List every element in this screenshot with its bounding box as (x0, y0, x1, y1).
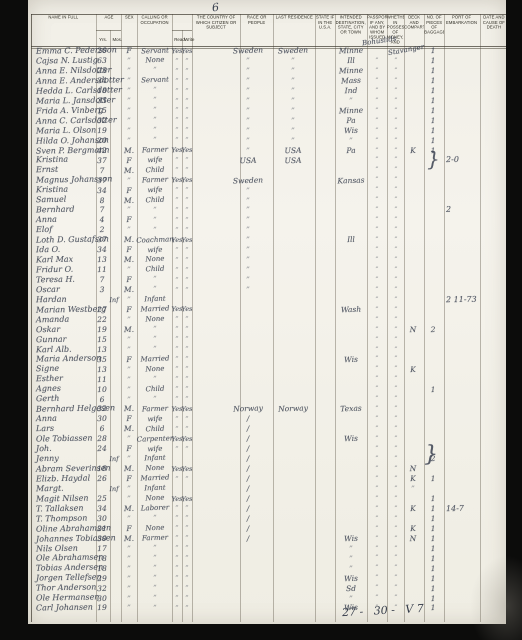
column-header-label: DATE AND CAUSE OF DEATH (480, 15, 507, 30)
cell-ditto_mark: ” (394, 128, 397, 134)
column-header-occ: CALLING OR OCCUPATION (137, 15, 172, 46)
cell-ditto_mark: ” (375, 177, 378, 183)
cell-ditto_mark: ” (375, 416, 378, 422)
cell-write: ” (185, 585, 189, 592)
cell-occ: Farmer (142, 535, 168, 543)
cell-ditto_mark: ” (394, 516, 397, 522)
cell-name: T. Thompson (36, 514, 87, 523)
cell-name: Ida O. (36, 246, 60, 254)
cell-name: Karl Alb. (36, 345, 72, 354)
cell-read: ” (175, 157, 179, 164)
cell-yrs: 19 (97, 127, 107, 135)
cell-ditto_mark: ” (394, 456, 397, 462)
grid-line (31, 14, 32, 622)
cell-yrs: 19 (97, 604, 107, 612)
cell-read: ” (175, 78, 179, 85)
cell-ditto_mark: ” (375, 356, 378, 362)
cell-write: ” (185, 346, 189, 353)
cell-write: ” (185, 525, 189, 532)
cell-country: / (247, 485, 250, 493)
cell-write: Yes (181, 237, 192, 244)
cell-write: Yes (181, 177, 192, 184)
cell-name: Fridur O. (36, 266, 73, 275)
cell-ditto_mark: ” (394, 585, 397, 591)
cell-ditto_mark: ” (394, 426, 397, 432)
cell-sex: ” (127, 515, 131, 523)
cell-country: ” (246, 97, 250, 105)
cell-ditto_mark: ” (394, 68, 397, 74)
cell-sex: ” (127, 485, 131, 493)
cell-yrs: 21 (97, 525, 107, 533)
cell-ditto_mark: ” (394, 526, 397, 532)
column-header-label: AGE (96, 15, 121, 20)
cell-name: Carl Johansen (36, 604, 93, 613)
cell-read: ” (175, 247, 179, 254)
cell-letter: K (410, 525, 416, 533)
cell-sex: ” (127, 296, 131, 304)
cell-read: ” (175, 227, 179, 234)
cell-write: ” (185, 366, 189, 373)
cell-country: ” (246, 77, 250, 85)
cell-occ: Servant (141, 77, 169, 85)
cell-sex: ” (127, 316, 131, 324)
cell-ditto_mark: ” (394, 317, 397, 323)
cell-pieces: 1 (430, 137, 435, 145)
cell-ditto_mark: ” (394, 297, 397, 303)
cell-text: } (424, 444, 438, 466)
cell-read: ” (175, 117, 179, 124)
cell-write: ” (185, 316, 189, 323)
scanned-manifest-page: 6 NAME IN FULLAGEYrs.Mos.SEXCALLING OR O… (0, 0, 522, 640)
cell-ditto_mark: ” (375, 257, 378, 263)
cell-ditto_mark: ” (375, 277, 378, 283)
cell-port: 14-7 (446, 505, 464, 513)
cell-write: Yes (181, 306, 192, 313)
cell-ditto_mark: ” (394, 118, 397, 124)
cell-occ: Married (140, 306, 169, 314)
cell-read: ” (175, 187, 179, 194)
cell-read: ” (175, 575, 179, 582)
column-header-label: INTENDED DESTINATION, STATE, CITY OR TOW… (335, 15, 367, 35)
cell-ditto_mark: ” (394, 167, 397, 173)
column-header-country: THE COUNTRY OF WHICH CITIZEN OR SUBJECT (192, 15, 240, 46)
grid-line (424, 14, 425, 622)
cell-sex: ” (127, 57, 131, 65)
cell-read: ” (175, 127, 179, 134)
cell-yrs: 32 (97, 117, 107, 125)
cell-yrs: 42 (97, 147, 107, 155)
cell-country: ” (246, 87, 250, 95)
cell-yrs: 15 (97, 336, 107, 344)
cell-occ: wife (147, 445, 162, 453)
cell-write: ” (185, 286, 189, 293)
cell-yrs: 34 (97, 77, 107, 85)
grid-line (121, 14, 122, 622)
cell-name: Elof (36, 226, 52, 234)
cell-country: ” (246, 67, 250, 75)
cell-sex: ” (127, 545, 131, 553)
cell-occ: ” (153, 326, 157, 333)
cell-write: ” (185, 97, 189, 104)
cell-ditto_mark: ” (375, 386, 378, 392)
cell-sex: M. (124, 465, 134, 473)
cell-sex: F (126, 157, 131, 165)
cell-ditto_mark: ” (394, 257, 397, 263)
cell-res: ” (291, 117, 295, 125)
cell-read: ” (175, 346, 179, 353)
cell-country: ” (246, 236, 250, 244)
cell-occ: Child (145, 266, 164, 274)
cell-occ: Child (145, 385, 164, 393)
cell-ditto_mark: ” (375, 317, 378, 323)
cell-read: ” (175, 167, 179, 174)
cell-ditto_mark: ” (375, 565, 378, 571)
cell-res: Norway (278, 405, 308, 414)
cell-yrs: 24 (97, 445, 107, 453)
scan-margin-left (0, 0, 28, 640)
cell-name: Jenny (36, 455, 59, 463)
cell-read: ” (175, 257, 179, 264)
cell-write: ” (185, 277, 189, 284)
cell-ditto_mark: ” (394, 535, 397, 541)
cell-write: ” (185, 416, 189, 423)
cell-country: Sweden (233, 47, 263, 56)
cell-dest: Wis (344, 535, 358, 543)
cell-pieces: 1 (430, 117, 435, 125)
cell-yrs: 11 (97, 266, 107, 274)
cell-res: ” (291, 107, 295, 115)
cell-occ: ” (153, 127, 157, 134)
scan-smudge (470, 555, 522, 640)
cell-occ: ” (153, 97, 157, 104)
cell-yrs: 11 (97, 375, 107, 383)
cell-ditto_mark: ” (375, 307, 378, 313)
cell-name: Karl Max (36, 256, 73, 265)
cell-res: ” (291, 87, 295, 95)
cell-sex: F (126, 216, 131, 224)
cell-yrs: 29 (97, 574, 107, 582)
cell-ditto_mark: ” (394, 267, 397, 273)
cell-occ: None (145, 495, 164, 503)
cell-write: Yes (181, 495, 192, 502)
cell-read: ” (175, 386, 179, 393)
cell-read: ” (175, 446, 179, 453)
cell-dest: Minne (339, 67, 363, 75)
cell-yrs: 19 (97, 326, 107, 334)
cell-sex: M. (124, 286, 134, 294)
cell-pieces: 1 (430, 604, 435, 612)
cell-read: ” (175, 376, 179, 383)
cell-read: ” (175, 535, 179, 542)
cell-ditto_mark: ” (394, 346, 397, 352)
cell-read: ” (175, 97, 179, 104)
cell-country: ” (246, 57, 250, 65)
cell-yrs: 27 (97, 306, 107, 314)
cell-write: ” (185, 326, 189, 333)
cell-port: 2 (446, 206, 451, 214)
cell-ditto_mark: ” (375, 526, 378, 532)
cell-write: ” (185, 127, 189, 134)
cell-write: ” (185, 207, 189, 214)
cell-ditto_mark: ” (375, 197, 378, 203)
cell-write: ” (185, 535, 189, 542)
cell-name: Hardan (36, 295, 67, 304)
cell-yrs: 18 (97, 564, 107, 572)
cell-name: Esther (36, 375, 63, 383)
cell-ditto_mark: ” (394, 446, 397, 452)
cell-dest: Wash (341, 306, 361, 314)
cell-country: Norway (233, 405, 263, 414)
cell-country: ” (246, 147, 250, 155)
cell-ditto_mark: ” (394, 336, 397, 342)
cell-name: Cajsa N. Lustig (36, 56, 98, 65)
grid-line (444, 14, 445, 622)
cell-sex: ” (127, 455, 131, 463)
cell-ditto_mark: ” (394, 277, 397, 283)
cell-read: ” (175, 277, 179, 284)
cell-country: / (247, 515, 250, 523)
cell-write: Yes (181, 436, 192, 443)
cell-name: Marian Westberg (36, 305, 106, 314)
column-header-label: NO. OF PIECES OF BAGGAGE (424, 15, 444, 35)
cell-write: ” (185, 68, 189, 75)
cell-occ: Child (145, 167, 164, 175)
cell-country: ” (246, 256, 250, 264)
cell-name: Gunnar (36, 335, 67, 344)
cell-pieces: 1 (430, 57, 435, 65)
cell-read: ” (175, 476, 179, 483)
cell-country: Sweden (233, 176, 263, 185)
cell-name: Bernhard (36, 206, 75, 215)
cell-yrs: 37 (97, 157, 107, 165)
cell-sex: M. (124, 147, 134, 155)
cell-occ: ” (153, 545, 157, 552)
cell-yrs: 18 (97, 555, 107, 563)
cell-yrs: 30 (97, 535, 107, 543)
cell-name: Oskar (36, 325, 60, 333)
cell-occ: Farmer (142, 147, 168, 155)
cell-write: ” (185, 187, 189, 194)
cell-yrs: 18 (97, 465, 107, 473)
cell-yrs: 30 (97, 594, 107, 602)
cell-sex: M. (124, 256, 134, 264)
cell-pieces: 1 (430, 495, 435, 503)
cell-name: Amanda (36, 315, 69, 324)
cell-name: Frida A. Vinberg (36, 106, 104, 115)
cell-sex: F (126, 276, 131, 284)
column-header-label: DECK AND COMPARTMENT (404, 15, 424, 30)
cell-country: / (247, 415, 250, 423)
cell-ditto_mark: ” (394, 227, 397, 233)
cell-country: ” (246, 127, 250, 135)
cell-sex: ” (127, 226, 131, 234)
cell-name: Jorgen Tellefsen (36, 574, 102, 583)
cell-occ: wife (147, 415, 162, 423)
cell-occ: Married (140, 355, 169, 363)
cell-country: / (247, 455, 250, 463)
cell-pieces: 1 (430, 97, 435, 105)
cell-ditto_mark: ” (394, 137, 397, 143)
cell-country: / (247, 435, 250, 443)
cell-letter: K (410, 475, 416, 483)
cell-pieces: 1 (430, 575, 435, 583)
cell-read: ” (175, 107, 179, 114)
cell-read: ” (175, 565, 179, 572)
cell-occ: ” (153, 336, 157, 343)
cell-yrs: 35 (97, 356, 107, 364)
cell-sex: ” (127, 604, 131, 612)
cell-occ: Farmer (142, 405, 168, 413)
cell-name: T. Tallaksen (36, 504, 84, 513)
cell-name: Gerth (36, 395, 59, 403)
cell-write: ” (185, 426, 189, 433)
cell-write: ” (185, 78, 189, 85)
cell-sex: ” (127, 594, 131, 602)
cell-ditto_mark: ” (394, 327, 397, 333)
cell-read: ” (175, 326, 179, 333)
cell-read: ” (175, 316, 179, 323)
cell-dest: Ill (347, 236, 355, 244)
cell-occ: Married (140, 475, 169, 483)
cell-sex: ” (127, 177, 131, 185)
cell-yrs: 30 (97, 515, 107, 523)
cell-ditto_mark: ” (394, 396, 397, 402)
cell-read: ” (175, 396, 179, 403)
cell-name: Kristina (36, 156, 68, 165)
cell-name: Nils Olsen (36, 544, 78, 553)
cell-letter: N (410, 535, 417, 543)
cell-yrs: 28 (97, 435, 107, 443)
cell-ditto_mark: ” (375, 476, 378, 482)
cell-ditto_mark: ” (375, 555, 378, 561)
cell-ditto_mark: ” (375, 68, 378, 74)
cell-occ: ” (153, 376, 157, 383)
cell-occ: Infant (144, 296, 166, 304)
cell-ditto_mark: ” (375, 147, 378, 153)
cell-ditto_mark: ” (375, 167, 378, 173)
cell-res: ” (291, 137, 295, 145)
cell-occ: None (145, 465, 164, 473)
cell-occ: Child (145, 425, 164, 433)
cell-dest: Wis (344, 127, 358, 135)
cell-sex: ” (127, 77, 131, 85)
cell-yrs: 7 (99, 276, 104, 284)
cell-name: Oscar (36, 286, 60, 294)
cell-name: Anna (36, 216, 57, 224)
cell-country: ” (246, 246, 250, 254)
cell-pieces: 1 (430, 555, 435, 563)
cell-name: Lars (36, 425, 54, 433)
cell-sex: ” (127, 435, 131, 443)
grid-line (480, 14, 481, 622)
cell-letter: K (410, 147, 416, 155)
cell-write: Yes (181, 465, 192, 472)
cell-ditto_mark: ” (375, 456, 378, 462)
cell-res: USA (284, 156, 301, 164)
cell-dest: Sd (346, 584, 356, 592)
cell-country: ” (246, 107, 250, 115)
cell-dest: Texas (340, 405, 362, 413)
cell-sex: ” (127, 584, 131, 592)
cell-ditto_mark: ” (394, 565, 397, 571)
grid-line (404, 14, 405, 622)
cell-read: ” (175, 545, 179, 552)
cell-occ: None (145, 525, 164, 533)
cell-ditto_mark: ” (394, 147, 397, 153)
cell-ditto_mark: ” (375, 297, 378, 303)
cell-sex: M. (124, 405, 134, 413)
cell-yrs: 34 (97, 246, 107, 254)
cell-ditto_mark: ” (375, 207, 378, 213)
grid-line (182, 30, 183, 622)
cell-write: ” (185, 575, 189, 582)
column-header-name: NAME IN FULL (31, 15, 96, 46)
cell-ditto_mark: ” (375, 327, 378, 333)
cell-ditto_mark: ” (394, 197, 397, 203)
cell-ditto_mark: ” (394, 366, 397, 372)
cell-ditto_mark: ” (375, 436, 378, 442)
cell-port: 2-0 (446, 156, 459, 164)
column-header-label: THE COUNTRY OF WHICH CITIZEN OR SUBJECT (192, 15, 240, 30)
cell-yrs: 63 (97, 57, 107, 65)
cell-name: Maria L. Olson (36, 126, 96, 135)
cell-ditto_mark: ” (375, 58, 378, 64)
cell-country: USA (239, 156, 256, 164)
cell-yrs: 3 (99, 286, 104, 294)
cell-pieces: 1 (430, 77, 435, 85)
cell-read: ” (175, 207, 179, 214)
column-subheader-label: Write (184, 37, 190, 42)
grid-line (240, 14, 241, 622)
cell-ditto_mark: ” (394, 436, 397, 442)
cell-write: ” (185, 396, 189, 403)
cell-write: Yes (181, 406, 192, 413)
cell-name: Ole Tobiassen (36, 435, 93, 444)
cell-ditto_mark: ” (394, 595, 397, 601)
cell-country: / (247, 425, 250, 433)
cell-write: ” (185, 356, 189, 363)
page-number: 6 (211, 1, 219, 15)
cell-country: / (247, 505, 250, 513)
cell-letter: N (410, 465, 417, 473)
grid-line (137, 14, 138, 622)
cell-dest: Ind (345, 87, 358, 95)
cell-pieces: 1 (430, 515, 435, 523)
cell-ditto_mark: ” (394, 506, 397, 512)
cell-pieces: 1 (430, 545, 435, 553)
cell-dest: Wis (344, 355, 358, 363)
cell-res: Sweden (278, 47, 308, 56)
cell-sex: ” (127, 575, 131, 583)
cell-read: ” (175, 585, 179, 592)
cell-pieces: 1 (430, 535, 435, 543)
cell-occ: ” (153, 605, 157, 612)
cell-occ: ” (153, 565, 157, 572)
cell-dest: Ill (347, 57, 355, 65)
cell-res: USA (284, 146, 301, 154)
cell-pieces: 1 (430, 107, 435, 115)
cell-read: ” (175, 87, 179, 94)
cell-yrs: 2 (99, 226, 104, 234)
cell-sex: ” (127, 266, 131, 274)
cell-sex: ” (127, 555, 131, 563)
cell-sex: ” (127, 366, 131, 374)
cell-ditto_mark: ” (375, 466, 378, 472)
cell-write: ” (185, 217, 189, 224)
cell-read: ” (175, 505, 179, 512)
column-header-sex: SEX (121, 15, 137, 46)
cell-read: ” (175, 286, 179, 293)
